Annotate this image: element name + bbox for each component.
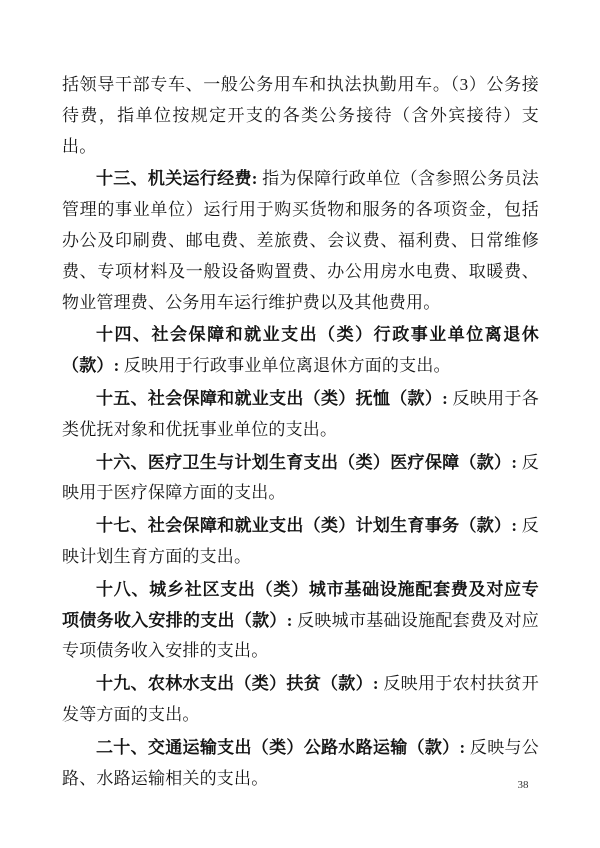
term-heading-run: 十六、医疗卫生与计划生育支出（类）医疗保障（款）: <box>96 453 517 472</box>
paragraph: 二十、交通运输支出（类）公路水路运输（款）: 反映与公路、水路运输相关的支出。 <box>62 733 539 795</box>
paragraph: 十四、社会保障和就业支出（类）行政事业单位离退休（款）: 反映用于行政事业单位离… <box>62 320 539 382</box>
term-heading-run: 十三、机关运行经费: <box>96 169 258 188</box>
paragraph: 十七、社会保障和就业支出（类）计划生育事务（款）: 反映计划生育方面的支出。 <box>62 511 539 573</box>
paragraph: 括领导干部专车、一般公务用车和执法执勤用车。（3）公务接待费，指单位按规定开支的… <box>62 70 539 162</box>
term-heading-run: 二十、交通运输支出（类）公路水路运输（款）: <box>96 738 465 757</box>
text-run: 指为保障行政单位（含参照公务员法管理的事业单位）运行用于购买货物和服务的各项资金… <box>62 169 539 311</box>
paragraph: 十六、医疗卫生与计划生育支出（类）医疗保障（款）: 反映用于医疗保障方面的支出。 <box>62 448 539 510</box>
text-run: 括领导干部专车、一般公务用车和执法执勤用车。（3）公务接待费，指单位按规定开支的… <box>62 75 539 156</box>
term-heading-run: 十五、社会保障和就业支出（类）抚恤（款）: <box>96 389 448 408</box>
paragraph: 十五、社会保障和就业支出（类）抚恤（款）: 反映用于各类优抚对象和优抚事业单位的… <box>62 384 539 446</box>
paragraph: 十八、城乡社区支出（类）城市基础设施配套费及对应专项债务收入安排的支出（款）: … <box>62 575 539 667</box>
paragraph: 十三、机关运行经费: 指为保障行政单位（含参照公务员法管理的事业单位）运行用于购… <box>62 164 539 318</box>
document-page: 括领导干部专车、一般公务用车和执法执勤用车。（3）公务接待费，指单位按规定开支的… <box>0 0 600 848</box>
term-heading-run: 十七、社会保障和就业支出（类）计划生育事务（款）: <box>96 516 517 535</box>
term-heading-run: 十九、农林水支出（类）扶贫（款）: <box>96 674 379 693</box>
page-number: 38 <box>508 779 538 791</box>
text-run: 反映用于行政事业单位离退休方面的支出。 <box>119 356 450 375</box>
document-body: 括领导干部专车、一般公务用车和执法执勤用车。（3）公务接待费，指单位按规定开支的… <box>62 70 539 794</box>
paragraph: 十九、农林水支出（类）扶贫（款）: 反映用于农村扶贫开发等方面的支出。 <box>62 669 539 731</box>
